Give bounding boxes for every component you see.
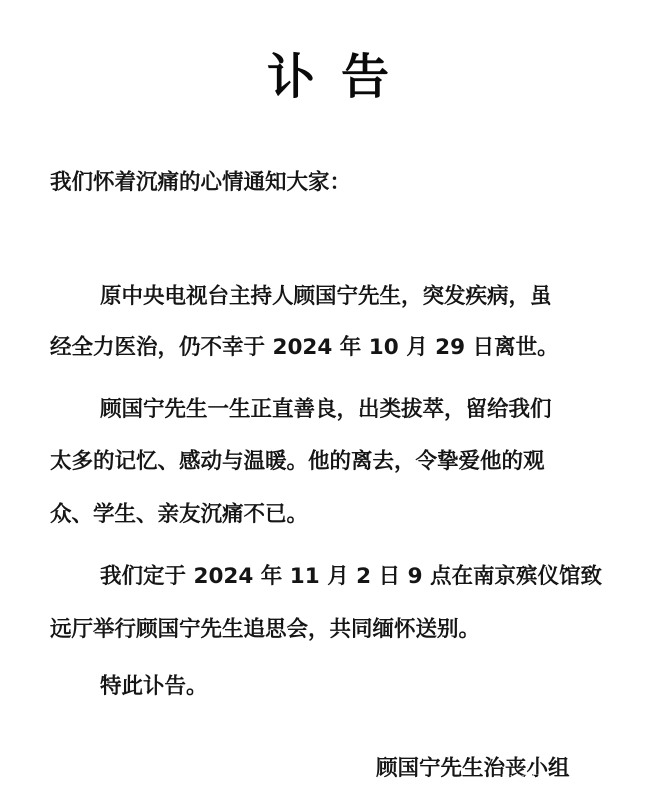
paragraph-line: 我们定于 2024 年 11 月 2 日 9 点在南京殡仪馆致 [100,566,602,588]
document-title: 讣告 [0,38,664,107]
paragraph-line: 顾国宁先生一生正直善良，出类拔萃，留给我们 [100,399,552,421]
paragraph-line: 太多的记忆、感动与温暖。他的离去，令挚爱他的观 [50,451,545,473]
watermark: 搜狐号 [500,770,545,789]
paragraph-line: 原中央电视台主持人顾国宁先生，突发疾病，虽 [100,286,552,308]
paragraph-line: 远厅举行顾国宁先生追思会，共同缅怀送别。 [50,619,480,641]
greeting: 我们怀着沉痛的心情通知大家： [50,172,351,194]
paragraph-line: 众、学生、亲友沉痛不已。 [50,504,308,526]
closing-statement: 特此讣告。 [100,676,208,698]
paragraph-line: 经全力医治，仍不幸于 2024 年 10 月 29 日离世。 [50,337,559,359]
